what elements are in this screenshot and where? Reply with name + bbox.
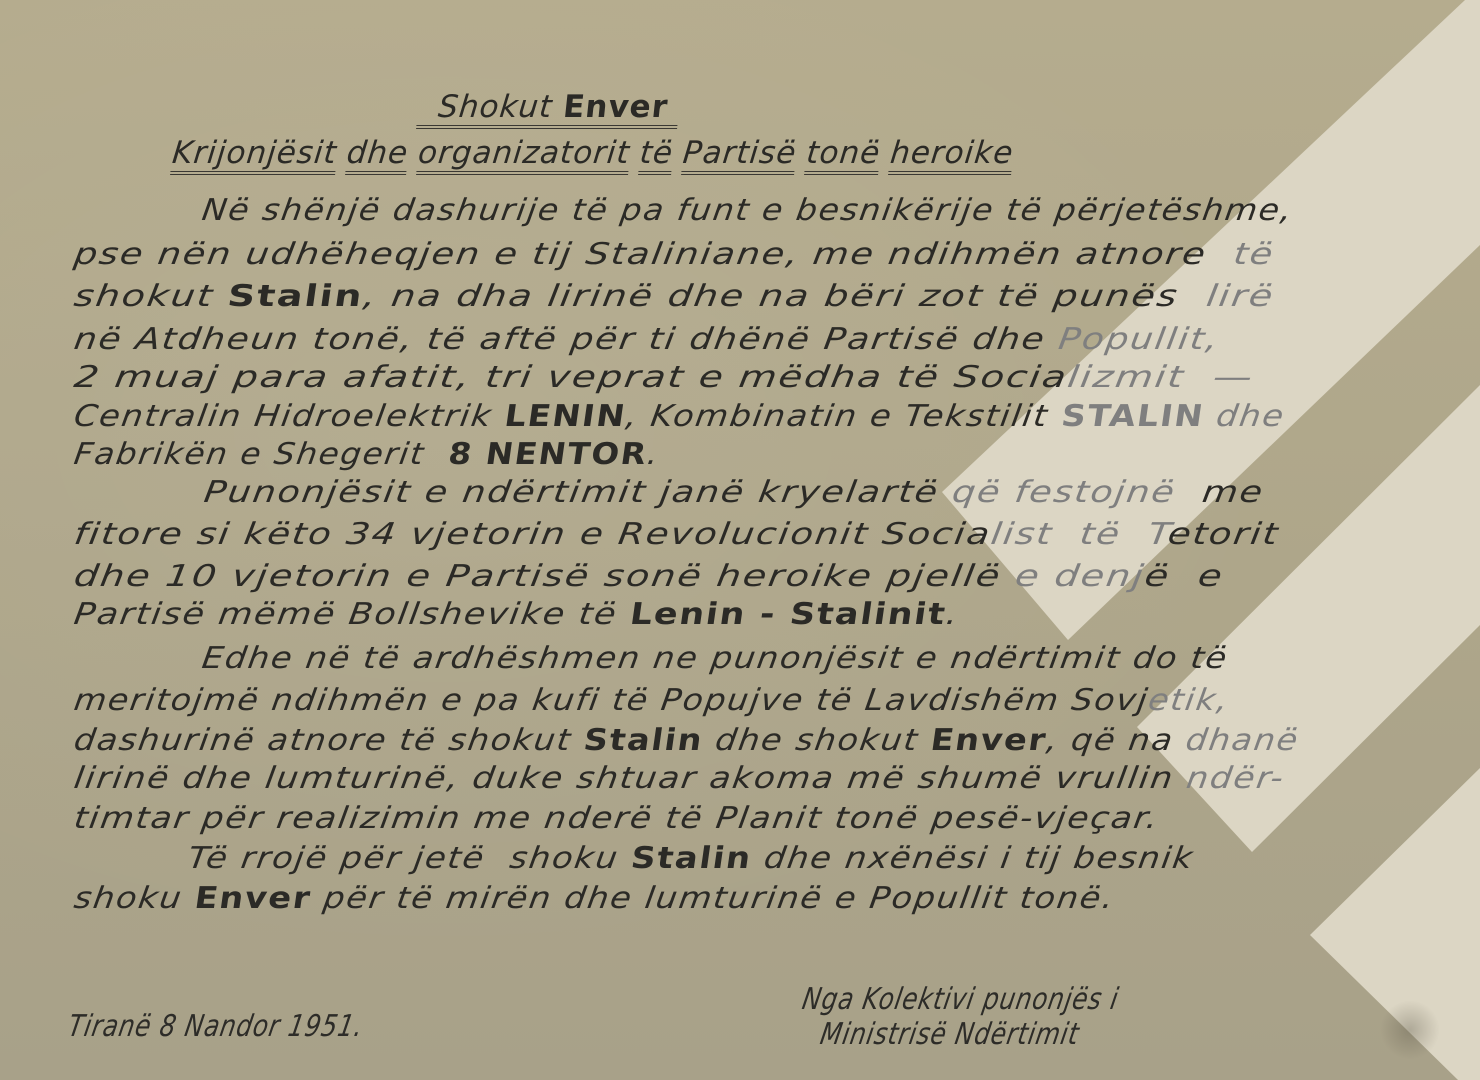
line-text: meritojmë ndihmën e pa kufi të Popujve t… [72,683,1151,718]
line-text: pse nën udhëheqjen e tij Staliniane, me … [72,237,1209,272]
letter-line: shokut Stalin, na dha lirinë dhe na bëri… [72,282,1276,312]
letter-line: Fabrikën e Shegerit 8 NENTOR. [72,440,661,470]
letter-line: dhe 10 vjetorin e Partisë sonë heroike p… [72,562,1226,592]
line-text: dhanë [1184,723,1302,758]
line-text: që festojnë [950,475,1178,510]
heading-line-2: KrijonjësitdheorganizatorittëPartisëtonë… [170,138,1025,175]
line-text: dhe 10 vjetorin e Partisë sonë heroike p… [72,559,1018,594]
heading-word: Partisë [681,138,798,175]
line-text: lirë [1176,279,1277,314]
line-text: dhe [1202,399,1288,434]
letter-line: në Atdheun tonë, të aftë për ti dhënë Pa… [72,325,1221,355]
line-text: dashurinë atnore të shokut [72,723,587,758]
line-text: dhe shokut [701,723,933,758]
place-date: Tiranë 8 Nandor 1951. [66,1012,366,1042]
line-text: etorit [1166,517,1282,552]
letter-line: timtar për realizimin me nderë të Planit… [72,804,1161,834]
line-text: Në shënjë dashurije të pa funt e besnikë… [200,193,1296,228]
letter-line: fitore si këto 34 vjetorin e Revolucioni… [72,520,1281,550]
line-text: lirinë dhe lumturinë, duke shtuar akoma … [72,761,1189,796]
line-text: , Kombinatin e Tekstilit [624,399,1051,434]
line-text: me [1173,475,1266,510]
letter-line: Të rrojë për jetë shoku Stalin dhe nxënë… [186,844,1196,874]
line-text: , na dha lirinë dhe na bëri zot të punës [361,279,1181,314]
heading-salutation: Shokut Enver [416,92,680,129]
line-text: timtar për realizimin me nderë të Planit… [72,801,1162,836]
heading-name-enver: Enver [561,89,670,125]
letter-line: pse nën udhëheqjen e tij Staliniane, me … [72,240,1276,270]
letter-line: lirinë dhe lumturinë, duke shtuar akoma … [72,764,1287,794]
letter-line: Partisë mëmë Bollshevike të Lenin - Stal… [72,600,961,630]
line-text: Centralin Hidroelektrik [72,399,507,434]
line-text: ndër- [1184,761,1287,796]
emphasized-name: Lenin - Stalinit [628,597,949,632]
line-text: Fabrikën e Shegerit [72,437,451,472]
line-text: të [1204,237,1276,272]
emphasized-name: STALIN [1046,399,1207,434]
line-text: 2 muaj para afatit, tri veprat e mëdha t… [72,360,1070,395]
heading-word: të [638,138,675,175]
heading-line-1: Shokut Enver [416,92,690,129]
emphasized-name: Enver [928,723,1049,758]
line-text: shokut [72,279,230,314]
line-text: etik, [1146,683,1231,718]
line-text: Partisë mëmë Bollshevike të [72,597,633,632]
letter-line: dashurinë atnore të shokut Stalin dhe sh… [72,726,1301,756]
signature-line-2: Ministrisë Ndërtimit [818,1020,1082,1050]
letter-text: Shokut Enver Krijonjësitdheorganizatorit… [0,0,1480,1080]
heading-word: heroike [888,138,1015,175]
emphasized-name: LENIN [502,399,628,434]
signature-line-1: Nga Kolektivi punonjës i [800,985,1121,1015]
line-text: Edhe në të ardhëshmen ne punonjësit e nd… [200,641,1231,676]
line-text: dhe nxënësi i tij besnik [749,841,1196,876]
heading-word: Krijonjësit [170,138,338,175]
letter-line: shoku Enver për të mirën dhe lumturinë e… [72,884,1117,914]
letter-line: meritojmë ndihmën e pa kufi të Popujve t… [72,686,1231,716]
line-text: fitore si këto 34 vjetorin e Revolucioni… [72,517,994,552]
letter-line: Centralin Hidroelektrik LENIN, Kombinati… [72,402,1287,432]
heading-word: dhe [345,138,410,175]
line-text: në Atdheun tonë, të aftë për ti dhënë Pa… [72,322,1061,357]
letter-line: Punonjësit e ndërtimit janë kryelartë që… [202,478,1266,508]
emphasized-name: Stalin [225,279,366,314]
letter-line: Në shënjë dashurije të pa funt e besnikë… [200,196,1295,226]
paper-smudge [1380,1000,1440,1060]
line-text: për të mirën dhe lumturinë e Popullit to… [309,881,1117,916]
line-text: lizmit — [1065,360,1256,395]
emphasized-name: Enver [192,881,313,916]
heading-word: tonë [804,138,882,175]
emphasized-name: 8 NENTOR [446,437,650,472]
line-text: Të rrojë për jetë shoku [186,841,634,876]
line-text: shoku [72,881,198,916]
line-text: e denj [1013,559,1147,594]
letter-line: Edhe në të ardhëshmen ne punonjësit e nd… [200,644,1230,674]
emphasized-name: Stalin [629,841,754,876]
line-text: , që na [1044,723,1188,758]
line-text: Popullit, [1056,322,1221,357]
line-text: Punonjësit e ndërtimit janë kryelartë [202,475,955,510]
line-text: list të T [989,517,1171,552]
emphasized-name: Stalin [581,723,705,758]
line-text: ë e [1142,559,1226,594]
letter-line: 2 muaj para afatit, tri veprat e mëdha t… [72,363,1256,393]
heading-word: organizatorit [416,138,631,175]
